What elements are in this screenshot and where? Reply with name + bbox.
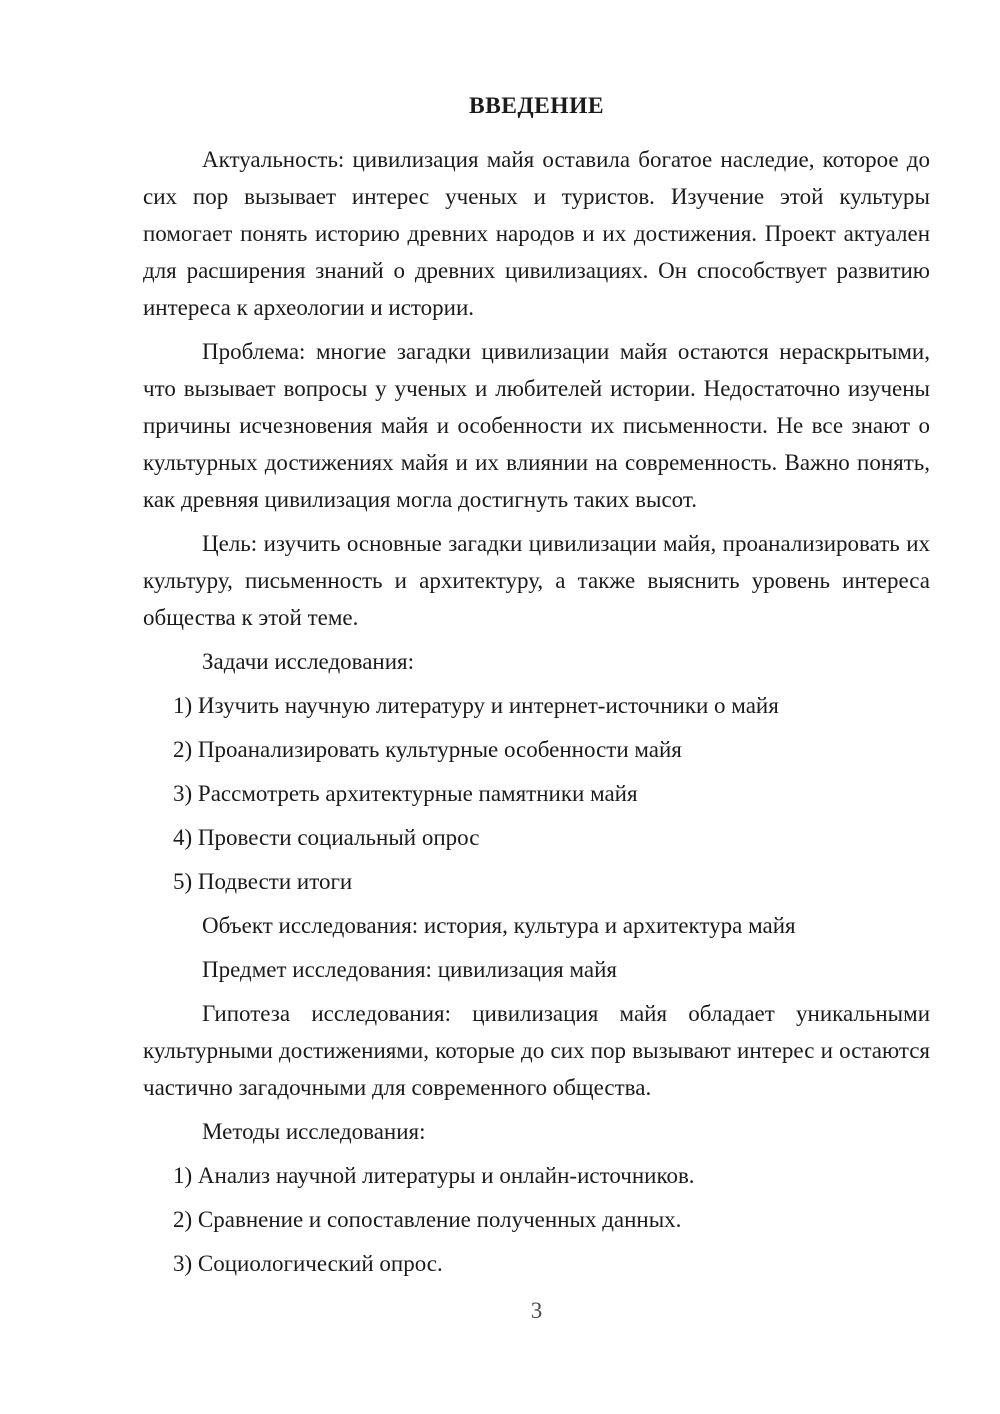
paragraph-object: Объект исследования: история, культура и…: [143, 907, 930, 944]
paragraph-goal: Цель: изучить основные загадки цивилизац…: [143, 525, 930, 636]
tasks-heading: Задачи исследования:: [143, 643, 930, 680]
paragraph-problem: Проблема: многие загадки цивилизации май…: [143, 333, 930, 518]
task-item-5: 5) Подвести итоги: [143, 863, 930, 900]
method-item-3: 3) Социологический опрос.: [143, 1245, 930, 1282]
task-item-2: 2) Проанализировать культурные особеннос…: [143, 731, 930, 768]
page-number: 3: [143, 1292, 930, 1329]
paragraph-relevance: Актуальность: цивилизация майя оставила …: [143, 141, 930, 326]
page-title: ВВЕДЕНИЕ: [143, 88, 930, 125]
method-item-2: 2) Сравнение и сопоставление полученных …: [143, 1201, 930, 1238]
method-item-1: 1) Анализ научной литературы и онлайн-ис…: [143, 1157, 930, 1194]
task-item-1: 1) Изучить научную литературу и интернет…: [143, 687, 930, 724]
task-item-3: 3) Рассмотреть архитектурные памятники м…: [143, 775, 930, 812]
methods-list: 1) Анализ научной литературы и онлайн-ис…: [143, 1157, 930, 1282]
paragraph-hypothesis: Гипотеза исследования: цивилизация майя …: [143, 995, 930, 1106]
methods-heading: Методы исследования:: [143, 1113, 930, 1150]
paragraph-subject: Предмет исследования: цивилизация майя: [143, 951, 930, 988]
tasks-list: 1) Изучить научную литературу и интернет…: [143, 687, 930, 900]
task-item-4: 4) Провести социальный опрос: [143, 819, 930, 856]
document-page: ВВЕДЕНИЕ Актуальность: цивилизация майя …: [0, 0, 1000, 1414]
